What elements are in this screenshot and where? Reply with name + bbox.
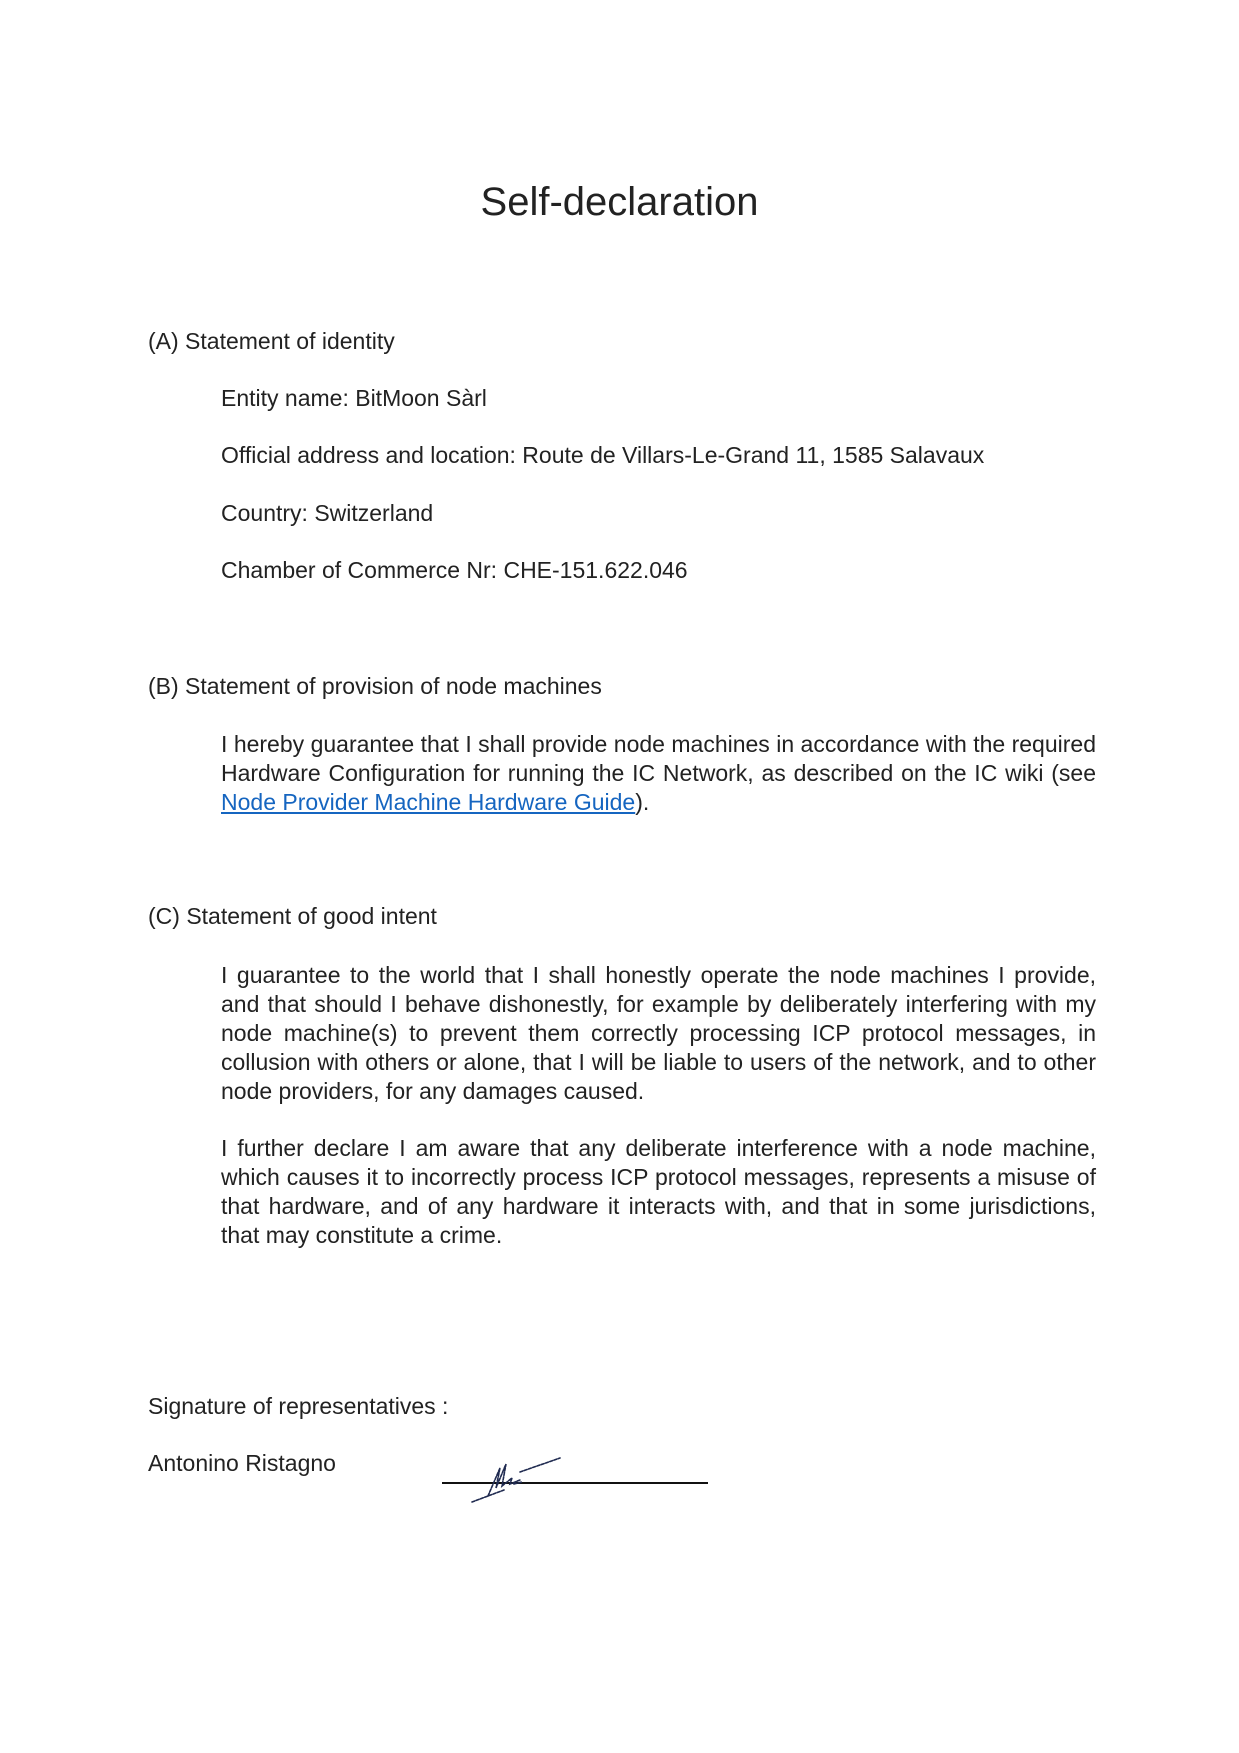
chamber-of-commerce-number: Chamber of Commerce Nr: CHE-151.622.046 xyxy=(221,557,688,584)
handwritten-signature-icon xyxy=(470,1450,570,1505)
hardware-guide-link[interactable]: Node Provider Machine Hardware Guide xyxy=(221,789,635,815)
entity-name: Entity name: BitMoon Sàrl xyxy=(221,385,487,412)
section-c-heading: (C) Statement of good intent xyxy=(148,903,437,930)
representative-name: Antonino Ristagno xyxy=(148,1450,336,1477)
section-c-paragraph-1: I guarantee to the world that I shall ho… xyxy=(221,961,1096,1106)
section-b-text-end: ). xyxy=(635,789,649,815)
official-address: Official address and location: Route de … xyxy=(221,442,984,469)
section-a-heading: (A) Statement of identity xyxy=(148,328,395,355)
country: Country: Switzerland xyxy=(221,500,433,527)
section-b-text: I hereby guarantee that I shall provide … xyxy=(221,731,1096,786)
signature-label: Signature of representatives : xyxy=(148,1393,448,1420)
section-b-heading: (B) Statement of provision of node machi… xyxy=(148,673,602,700)
document-title: Self-declaration xyxy=(0,180,1239,225)
section-b-paragraph: I hereby guarantee that I shall provide … xyxy=(221,730,1096,817)
section-c-paragraph-2: I further declare I am aware that any de… xyxy=(221,1134,1096,1250)
